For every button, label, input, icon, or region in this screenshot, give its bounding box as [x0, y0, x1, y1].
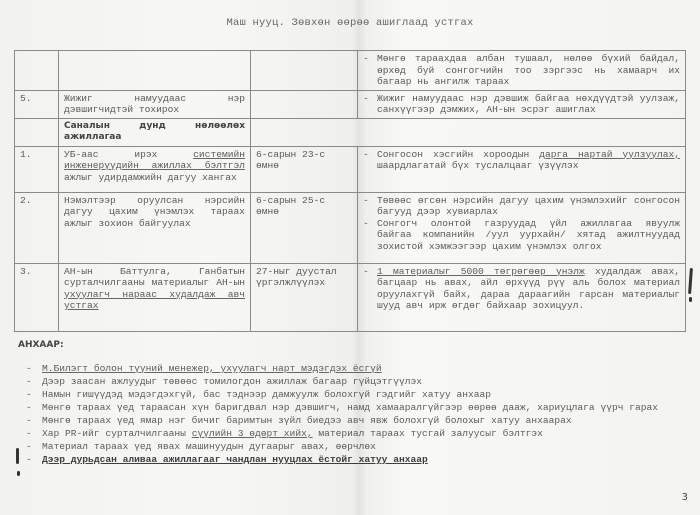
confidential-header: Маш нууц. Зөвхөн өөрөө ашиглаад устгах — [0, 17, 700, 29]
dash-marker: - — [26, 440, 42, 453]
text-span: Дээр дурьдсан аливаа ажиллагааг чандлан … — [42, 454, 428, 465]
task-cell: Нэмэлтээр оруулсан нэрсийн дагуу цахим ү… — [59, 192, 251, 263]
attention-text: Материал тараах үед явах машинуудын дуга… — [42, 440, 686, 453]
notes-cell: -1 материалыг 5000 төгрөгөөр үнэлж худал… — [358, 263, 686, 331]
handwritten-mark — [688, 268, 693, 294]
section-header-row: Саналын дунд нөлөөлөх ажиллагаа — [15, 118, 686, 146]
underlined-text: сүүлийн 3 өдөрт хийх, — [192, 428, 313, 439]
underlined-text: дарга нартай уулзуулах, — [539, 149, 680, 160]
note-bullet: -Сонгогч олонтой газруудад үйл ажиллагаа… — [363, 218, 680, 253]
attention-item: -Дээр дурьдсан аливаа ажиллагааг чандлан… — [26, 453, 686, 466]
text-span: Намын гишүүдэд мэдэгдэхгүй, бас тэднээр … — [42, 389, 491, 400]
dash-marker: - — [363, 195, 377, 218]
note-text: Төвөөс өгсөн нэрсийн дагуу цахим үнэмлэх… — [377, 195, 680, 218]
attention-text: Дээр заасан ажлуудыг төвөөс томилогдон а… — [42, 375, 686, 388]
page-number: 3 — [682, 492, 688, 503]
text-span: Нэмэлтээр оруулсан нэрсийн дагуу цахим ү… — [64, 195, 245, 229]
dash-marker: - — [26, 362, 42, 375]
empty-cell — [251, 118, 686, 146]
text-span: Материал тараах үед явах машинуудын дуга… — [42, 441, 376, 452]
row-number — [15, 51, 59, 91]
attention-title: АНХААР: — [18, 340, 64, 350]
underlined-text: 1 материалыг 5000 төгрөгөөр үнэлж — [377, 266, 585, 277]
table-row: 5.Жижиг намуудаас нэр дэвшигчидтэй тохир… — [15, 90, 686, 118]
attention-item: -Дээр заасан ажлуудыг төвөөс томилогдон … — [26, 375, 686, 388]
attention-text: Дээр дурьдсан аливаа ажиллагааг чандлан … — [42, 453, 686, 466]
notes-cell: -Төвөөс өгсөн нэрсийн дагуу цахим үнэмлэ… — [358, 192, 686, 263]
note-text: Мөнгө тараахдаа албан тушаал, нөлөө бүхи… — [377, 53, 680, 88]
notes-cell: -Жижиг намуудаас нэр дэвшиж байгаа нөхдү… — [358, 90, 686, 118]
text-span: Төвөөс өгсөн нэрсийн дагуу цахим үнэмлэх… — [377, 195, 680, 218]
row-number: 1. — [15, 146, 59, 192]
notes-cell: -Сонгосон хэсгийн хороодын дарга нартай … — [358, 146, 686, 192]
text-span: ажлыг удирдамжийн дагуу хангах — [64, 172, 237, 183]
text-span: УБ-аас ирэх — [64, 149, 193, 160]
row-number: 5. — [15, 90, 59, 118]
attention-text: М.Билэгт болон түүний менежер, ухуулагч … — [42, 362, 686, 375]
table-row: 2.Нэмэлтээр оруулсан нэрсийн дагуу цахим… — [15, 192, 686, 263]
text-span: Сонгосон хэсгийн хороодын — [377, 149, 539, 160]
dash-marker: - — [26, 414, 42, 427]
attention-item: -Хар PR-ийг сурталчилгааны сүүлийн 3 өдө… — [26, 427, 686, 440]
deadline-cell — [251, 90, 358, 118]
task-cell — [59, 51, 251, 91]
text-span: шаардлагатай бүх туслалцааг үзүүлэх — [377, 160, 579, 171]
attention-item: -Намын гишүүдэд мэдэгдэхгүй, бас тэднээр… — [26, 388, 686, 401]
dash-marker: - — [26, 388, 42, 401]
dash-marker: - — [363, 218, 377, 253]
table-row: -Мөнгө тараахдаа албан тушаал, нөлөө бүх… — [15, 51, 686, 91]
text-span: Дээр заасан ажлуудыг төвөөс томилогдон а… — [42, 376, 422, 387]
handwritten-mark — [16, 448, 19, 464]
table-row: 1.УБ-аас ирэх системийн инженерүүдийн аж… — [15, 146, 686, 192]
handwritten-mark — [689, 297, 692, 302]
row-number: 2. — [15, 192, 59, 263]
note-text: Сонгогч олонтой газруудад үйл ажиллагаа … — [377, 218, 680, 253]
note-bullet: -Сонгосон хэсгийн хороодын дарга нартай … — [363, 149, 680, 172]
underlined-text: ухуулагч нараас худалдаж авч устгах — [64, 289, 245, 312]
document-page: Маш нууц. Зөвхөн өөрөө ашиглаад устгах -… — [0, 0, 700, 515]
attention-text: Намын гишүүдэд мэдэгдэхгүй, бас тэднээр … — [42, 388, 686, 401]
dash-marker: - — [363, 149, 377, 172]
text-span: Сонгогч олонтой газруудад үйл ажиллагаа … — [377, 218, 680, 252]
note-bullet: -Мөнгө тараахдаа албан тушаал, нөлөө бүх… — [363, 53, 680, 88]
attention-item: -Мөнгө тараах үед тараасан хүн баригдвал… — [26, 401, 686, 414]
dash-marker: - — [363, 53, 377, 88]
text-span: Хар PR-ийг сурталчилгааны — [42, 428, 192, 439]
attention-item: -Материал тараах үед явах машинуудын дуг… — [26, 440, 686, 453]
note-bullet: -Төвөөс өгсөн нэрсийн дагуу цахим үнэмлэ… — [363, 195, 680, 218]
dash-marker: - — [26, 453, 42, 466]
note-text: Сонгосон хэсгийн хороодын дарга нартай у… — [377, 149, 680, 172]
dash-marker: - — [26, 401, 42, 414]
attention-text: Мөнгө тараах үед тараасан хүн баригдвал … — [42, 401, 686, 414]
text-span: АН-ын Баттулга, Ганбатын сурталчилгааны … — [64, 266, 245, 289]
task-cell: Жижиг намуудаас нэр дэвшигчидтэй тохирох — [59, 90, 251, 118]
table-row: 3.АН-ын Баттулга, Ганбатын сурталчилгаан… — [15, 263, 686, 331]
attention-text: Мөнгө тараах үед ямар нэг бичиг баримтын… — [42, 414, 686, 427]
note-text: 1 материалыг 5000 төгрөгөөр үнэлж худалд… — [377, 266, 680, 312]
dash-marker: - — [363, 93, 377, 116]
dash-marker: - — [26, 375, 42, 388]
row-number: 3. — [15, 263, 59, 331]
deadline-cell: 6-сарын 25-с өмнө — [251, 192, 358, 263]
note-text: Жижиг намуудаас нэр дэвшиж байгаа нөхдүү… — [377, 93, 680, 116]
note-bullet: -Жижиг намуудаас нэр дэвшиж байгаа нөхдү… — [363, 93, 680, 116]
dash-marker: - — [363, 266, 377, 312]
text-span: Мөнгө тараах үед тараасан хүн баригдвал … — [42, 402, 658, 413]
deadline-cell: 27-ныг дуустал үргэлжлүүлэх — [251, 263, 358, 331]
deadline-cell — [251, 51, 358, 91]
task-cell: АН-ын Баттулга, Ганбатын сурталчилгааны … — [59, 263, 251, 331]
attention-item: -Мөнгө тараах үед ямар нэг бичиг баримты… — [26, 414, 686, 427]
attention-item: -М.Билэгт болон түүний менежер, ухуулагч… — [26, 362, 686, 375]
empty-cell — [15, 118, 59, 146]
section-header: Саналын дунд нөлөөлөх ажиллагаа — [59, 118, 251, 146]
task-cell: УБ-аас ирэх системийн инженерүүдийн ажил… — [59, 146, 251, 192]
note-bullet: -1 материалыг 5000 төгрөгөөр үнэлж худал… — [363, 266, 680, 312]
underlined-text: М.Билэгт болон түүний менежер, ухуулагч … — [42, 363, 382, 374]
notes-cell: -Мөнгө тараахдаа албан тушаал, нөлөө бүх… — [358, 51, 686, 91]
attention-text: Хар PR-ийг сурталчилгааны сүүлийн 3 өдөр… — [42, 427, 686, 440]
deadline-cell: 6-сарын 23-с өмнө — [251, 146, 358, 192]
attention-list: -М.Билэгт болон түүний менежер, ухуулагч… — [26, 362, 686, 466]
handwritten-mark — [17, 471, 20, 476]
dash-marker: - — [26, 427, 42, 440]
text-span: материал тараах тусгай залуусыг бэлтгэх — [313, 428, 543, 439]
action-plan-table: -Мөнгө тараахдаа албан тушаал, нөлөө бүх… — [14, 50, 686, 332]
text-span: Мөнгө тараах үед ямар нэг бичиг баримтын… — [42, 415, 572, 426]
